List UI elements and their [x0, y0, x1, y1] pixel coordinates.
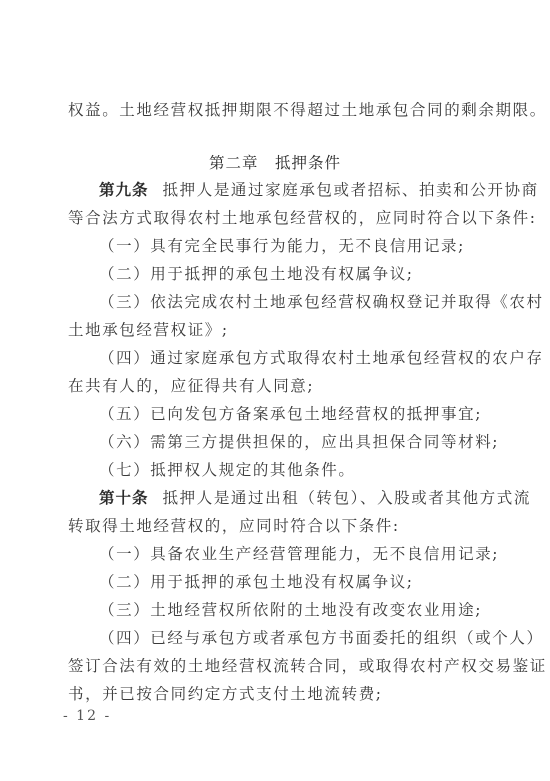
article-9-second-line: 等合法方式取得农村土地承包经营权的，应同时符合以下条件:: [68, 208, 488, 228]
article-9-item-6: （六）需第三方提供担保的，应出具担保合同等材料;: [99, 432, 488, 452]
article-10-item-4: （四）已经与承包方或者承包方书面委托的组织（或个人）: [99, 628, 488, 648]
article-10-first-line: 第十条抵押人是通过出租（转包）、入股或者其他方式流: [99, 488, 488, 508]
page-number: - 12 -: [63, 707, 111, 725]
article-9-item-1: （一）具有完全民事行为能力，无不良信用记录;: [99, 236, 488, 256]
article-10-item-4-cont-1: 签订合法有效的土地经营权流转合同，或取得农村产权交易鉴证: [68, 656, 488, 676]
document-page: 权益。土地经营权抵押期限不得超过土地承包合同的剩余期限。 第二章 抵押条件 第九…: [0, 0, 550, 781]
continuation-paragraph: 权益。土地经营权抵押期限不得超过土地承包合同的剩余期限。: [68, 100, 488, 120]
article-9-text: 抵押人是通过家庭承包或者招标、拍卖和公开协商: [163, 181, 539, 199]
article-9-item-4-cont: 在共有人的，应征得共有人同意;: [68, 376, 488, 396]
article-10-item-4-cont-2: 书，并已按合同约定方式支付土地流转费;: [68, 684, 488, 704]
article-9-first-line: 第九条抵押人是通过家庭承包或者招标、拍卖和公开协商: [99, 180, 488, 200]
article-9-item-5: （五）已向发包方备案承包土地经营权的抵押事宜;: [99, 404, 488, 424]
article-9-item-4: （四）通过家庭承包方式取得农村土地承包经营权的农户存: [99, 348, 488, 368]
article-10-item-2: （二）用于抵押的承包土地没有权属争议;: [99, 572, 488, 592]
article-9-label: 第九条: [99, 180, 149, 199]
article-10-second-line: 转取得土地经营权的，应同时符合以下条件:: [68, 516, 488, 536]
article-10-item-3: （三）土地经营权所依附的土地没有改变农业用途;: [99, 600, 488, 620]
article-10-item-1: （一）具备农业生产经营管理能力，无不良信用记录;: [99, 544, 488, 564]
article-9-item-2: （二）用于抵押的承包土地没有权属争议;: [99, 264, 488, 284]
article-10-label: 第十条: [99, 488, 149, 507]
article-9-item-7: （七）抵押权人规定的其他条件。: [99, 460, 488, 480]
chapter-heading: 第二章 抵押条件: [0, 153, 550, 173]
article-9-item-3: （三）依法完成农村土地承包经营权确权登记并取得《农村: [99, 292, 488, 312]
article-9-item-3-cont: 土地承包经营权证》;: [68, 320, 488, 340]
article-10-text: 抵押人是通过出租（转包）、入股或者其他方式流: [163, 489, 531, 507]
